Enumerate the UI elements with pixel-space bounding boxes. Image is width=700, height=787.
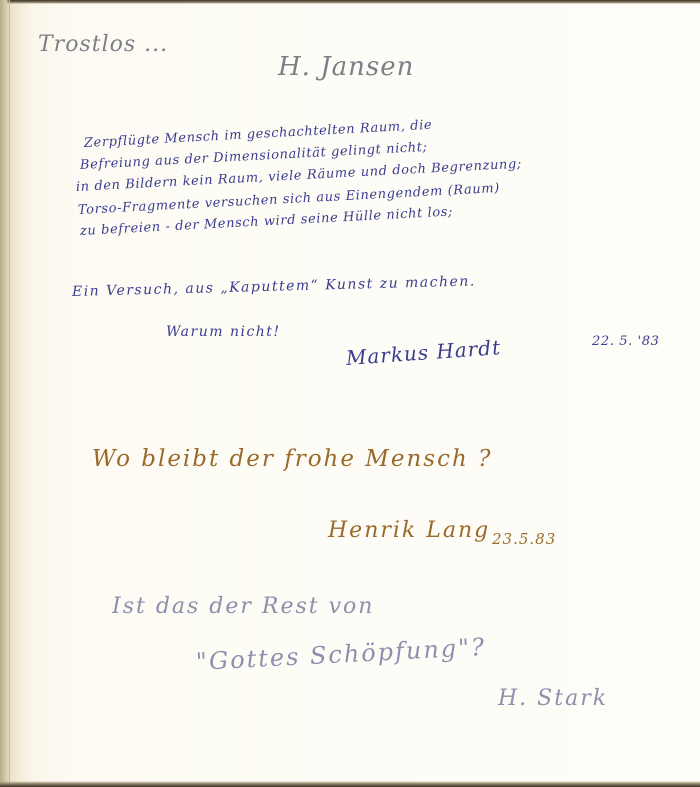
entry-2-date: 22. 5. '83: [592, 334, 659, 349]
book-gutter-line: [9, 0, 10, 787]
entry-3-signature: Henrik Lang: [328, 518, 490, 543]
entry-4-line-2: "Gottes Schöpfung"?: [195, 633, 486, 676]
entry-2-signature: Markus Hardt: [345, 335, 502, 370]
page-top-edge: [0, 0, 700, 4]
entry-1-signature: H. Jansen: [278, 52, 414, 82]
entry-3-text: Wo bleibt der frohe Mensch ?: [92, 446, 492, 472]
entry-2-statement: Ein Versuch, aus „Kaputtem“ Kunst zu mac…: [72, 273, 476, 300]
page-bottom-edge: [0, 781, 700, 787]
entry-2-question: Warum nicht!: [166, 324, 281, 340]
entry-4-signature: H. Stark: [498, 686, 608, 711]
entry-1-text: Trostlos ...: [38, 32, 168, 57]
entry-4-line-1: Ist das der Rest von: [112, 594, 374, 619]
guestbook-page: Trostlos ... H. Jansen Zerpflügte Mensch…: [0, 0, 700, 787]
entry-3-date: 23.5.83: [492, 530, 556, 548]
